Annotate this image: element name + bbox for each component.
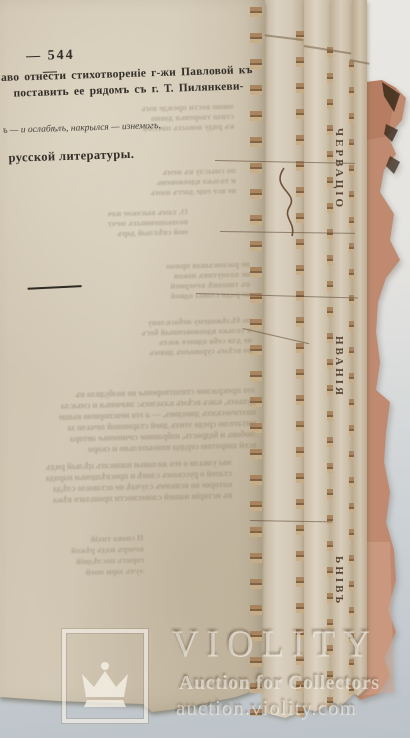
watermark-url: auction.violity.com xyxy=(176,696,357,721)
crown-icon xyxy=(76,661,134,711)
body-line-2: поставить ее рядомъ съ г. Т. Пилянкеви- xyxy=(13,80,244,99)
spine-lettering-1: ЧЕРВАЦІО xyxy=(333,128,345,210)
binding-thread xyxy=(266,164,318,240)
watermark-title: VIOLITY xyxy=(172,622,378,667)
printed-text-block: — 544 — аво отнести стихотвореніе г-жи П… xyxy=(0,38,248,305)
spine-lettering-3: ЬНІВЪ xyxy=(333,556,345,606)
ghost-text-g: мы узнали о его желаньи написать цѣлый р… xyxy=(3,457,232,507)
page-edge-strip-4 xyxy=(352,0,367,720)
watermark-subtitle: Auction for Collectors xyxy=(179,672,380,695)
ghost-text-h: И снова тихій вечеръ надъ рѣкой горитъ п… xyxy=(21,532,144,579)
verse-line: ъ — и ослабѣлъ, накрылся — изнемогъ, xyxy=(3,121,162,136)
ghost-text-e: по бѣлѣющему небосклону и только вдохнов… xyxy=(72,315,253,360)
page-edge-strip-4-paper xyxy=(352,0,367,720)
section-rule xyxy=(28,285,82,290)
torn-streak-2 xyxy=(296,24,304,718)
ghost-text-f: это прекрасное стихотворенье не возбудил… xyxy=(3,385,257,458)
watermark-crown-badge xyxy=(62,629,148,723)
torn-streak-4 xyxy=(349,54,354,702)
book-auction-photo: ЧЕРВАЦІО НВАНІЯ ЬНІВЪ мною вести прежде … xyxy=(0,0,410,738)
closing-line: русской литературы. xyxy=(8,147,134,166)
spine-lettering-2: НВАНІЯ xyxy=(333,336,345,398)
gutter-torn-streak xyxy=(250,0,262,716)
